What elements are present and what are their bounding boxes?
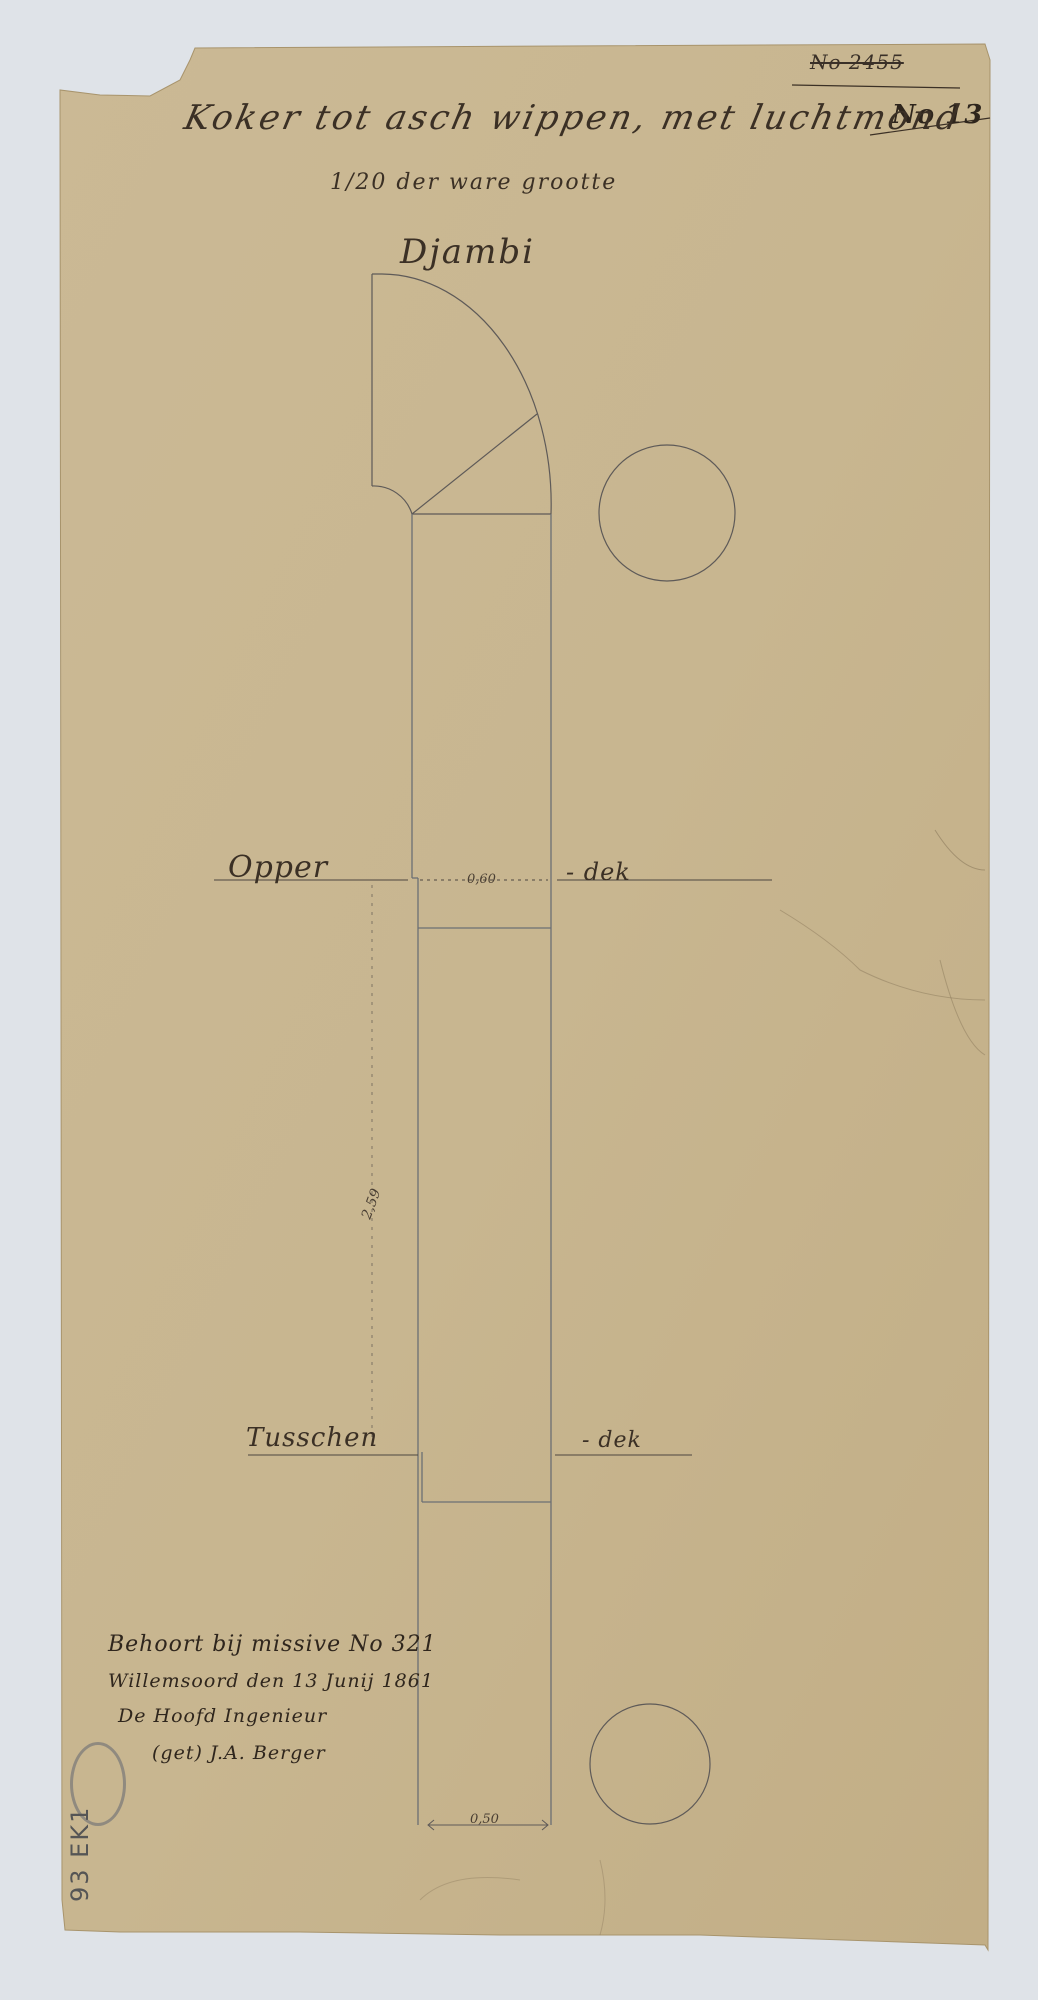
dimension-width-top: 0,60 bbox=[467, 872, 496, 887]
ship-name: Djambi bbox=[400, 232, 535, 272]
upper-deck-label-right: - dek bbox=[566, 858, 631, 886]
archive-stamp: 93 EK1 bbox=[66, 1752, 146, 1902]
annotation-signature: (get) J.A. Berger bbox=[152, 1742, 326, 1764]
paper-sheet bbox=[0, 0, 1038, 2000]
dimension-width-bottom: 0,50 bbox=[470, 1812, 499, 1827]
annotation-line-1: Behoort bij missive No 321 bbox=[108, 1632, 437, 1657]
lower-deck-label-right: - dek bbox=[582, 1428, 642, 1453]
lower-deck-label-left: Tusschen bbox=[246, 1423, 378, 1453]
upper-deck-label-left: Opper bbox=[228, 850, 328, 885]
annotation-line-2: Willemsoord den 13 Junij 1861 bbox=[108, 1670, 434, 1692]
annotation-line-3: De Hoofd Ingenieur bbox=[118, 1705, 327, 1727]
drawing-title: Koker tot asch wippen, met luchtmond bbox=[181, 98, 966, 138]
drawing-scale: 1/20 der ware grootte bbox=[330, 170, 617, 195]
catalog-number-struck: No 2455 bbox=[810, 50, 904, 74]
